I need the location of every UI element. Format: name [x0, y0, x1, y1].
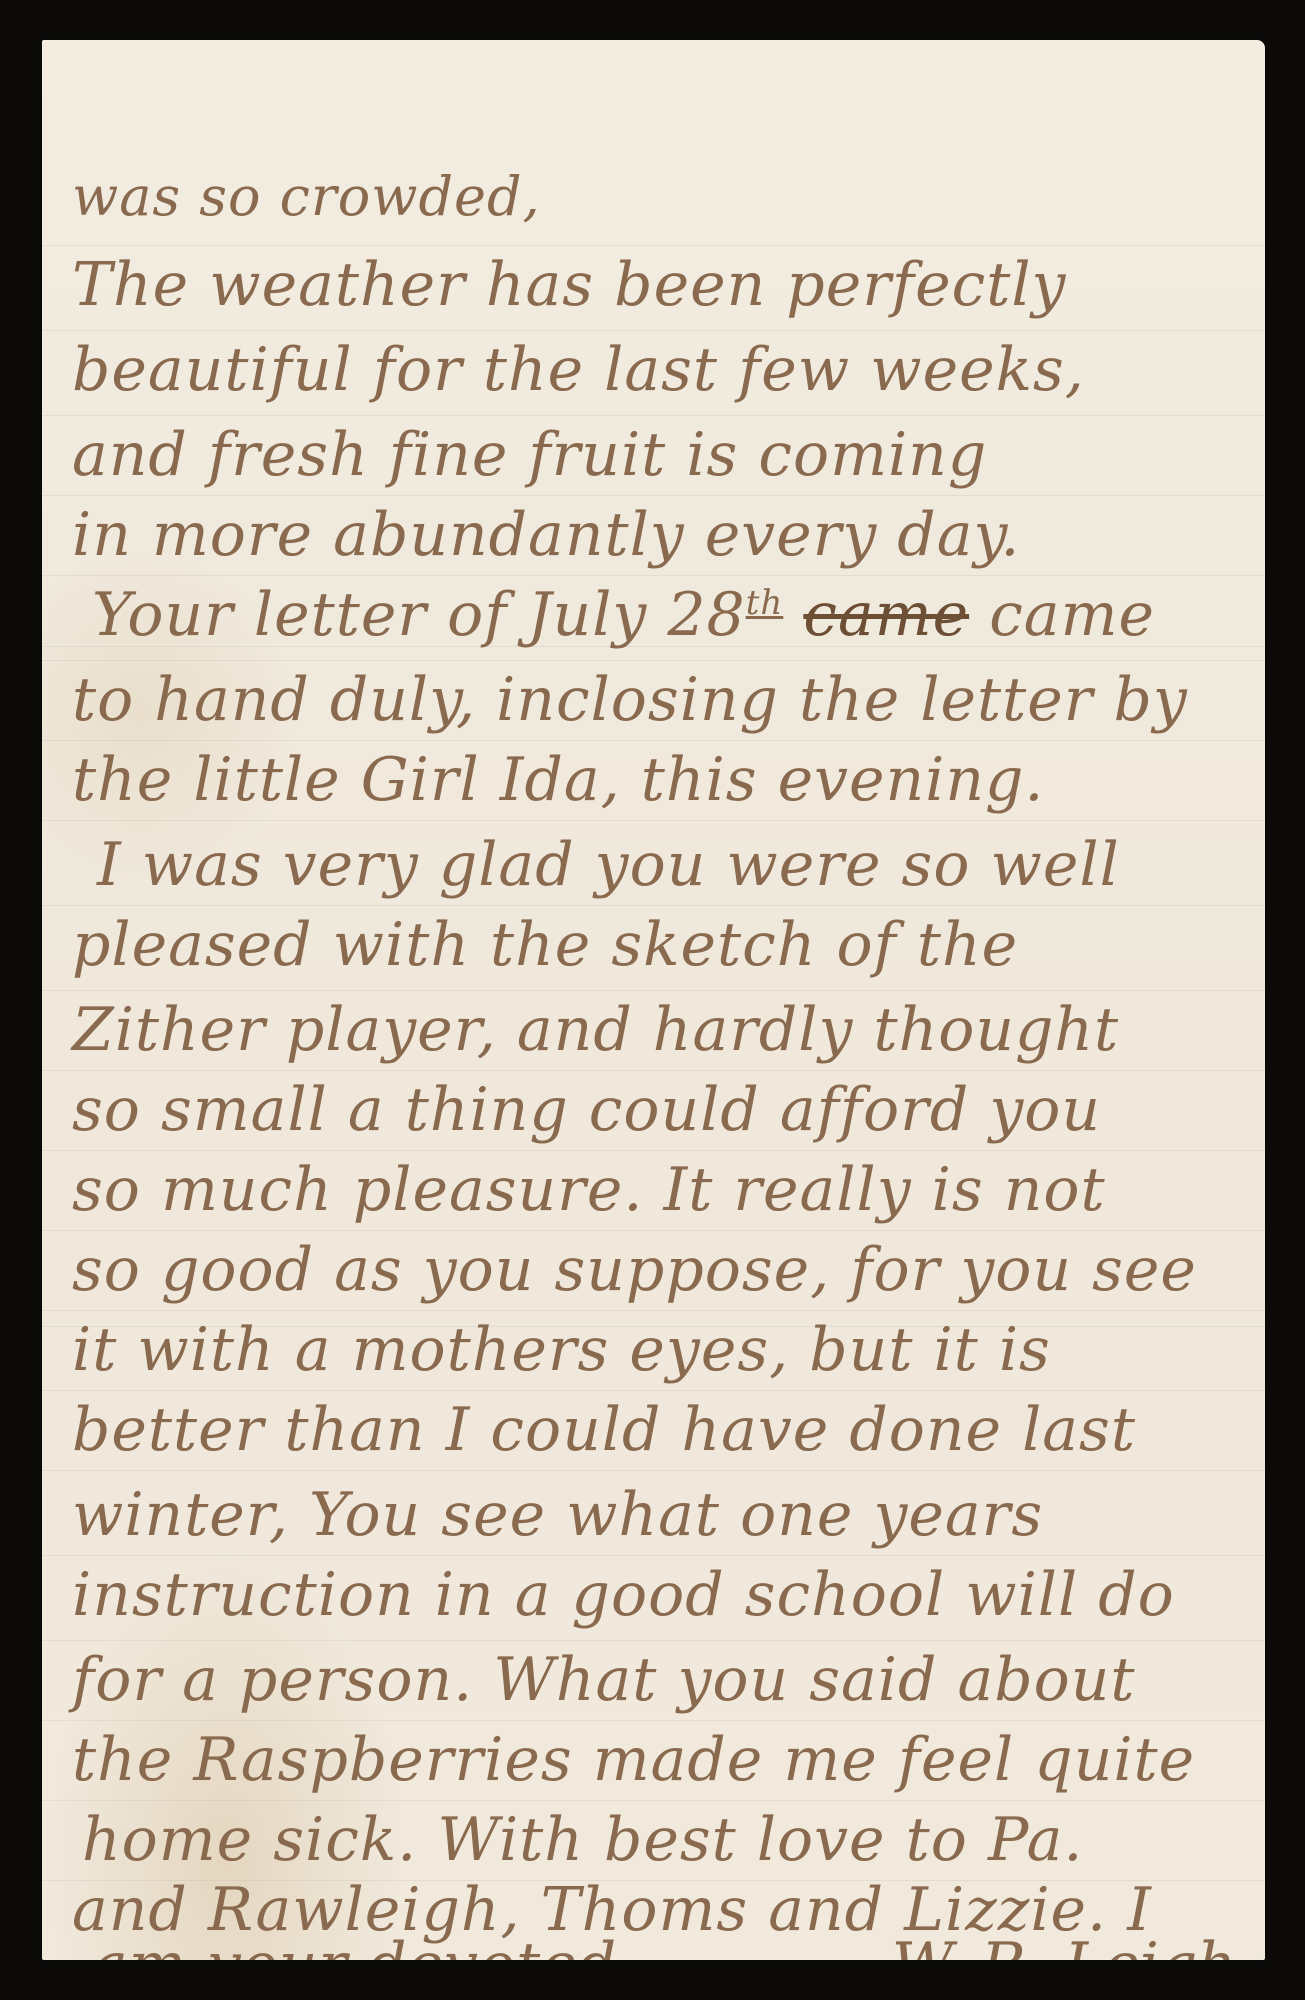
letter-line: winter, You see what one years [72, 1485, 1245, 1545]
letter-line: and fresh fine fruit is coming [72, 425, 1245, 485]
letter-line: Zither player, and hardly thought [72, 1000, 1245, 1060]
signature: W. R. Leigh. [892, 1930, 1255, 1960]
letter-paper: was so crowded, The weather has been per… [42, 40, 1265, 1960]
letter-line: it with a mothers eyes, but it is [72, 1320, 1245, 1380]
letter-line: so small a thing could afford you [72, 1080, 1245, 1140]
letter-line: home sick. With best love to Pa. [82, 1810, 1245, 1870]
letter-line-text: Your letter of July 28 [92, 580, 746, 650]
letter-line: for a person. What you said about [72, 1650, 1245, 1710]
letter-line: so much pleasure. It really is not [72, 1160, 1245, 1220]
letter-line: Your letter of July 28th came came [92, 585, 1245, 645]
letter-line: to hand duly, inclosing the letter by [72, 670, 1245, 730]
letter-line: I was very glad you were so well [97, 835, 1245, 895]
letter-line: instruction in a good school will do [72, 1565, 1245, 1625]
letter-line: in more abundantly every day. [72, 505, 1245, 565]
letter-line: was so crowded, [72, 170, 1245, 224]
letter-line: the Raspberries made me feel quite [72, 1730, 1245, 1790]
letter-line: so good as you suppose, for you see [72, 1240, 1245, 1300]
letter-line-text: came [969, 580, 1155, 650]
letter-line: pleased with the sketch of the [72, 915, 1245, 975]
struck-word: came [803, 580, 969, 650]
letter-line: beautiful for the last few weeks, [72, 340, 1245, 400]
letter-line: the little Girl Ida, this evening. [72, 750, 1245, 810]
letter-body: was so crowded, The weather has been per… [42, 40, 1265, 1960]
letter-line: The weather has been perfectly [72, 255, 1245, 315]
scanned-letter-page: was so crowded, The weather has been per… [0, 0, 1305, 2000]
ordinal-suffix: th [746, 583, 784, 623]
letter-line: better than I could have done last [72, 1400, 1245, 1460]
